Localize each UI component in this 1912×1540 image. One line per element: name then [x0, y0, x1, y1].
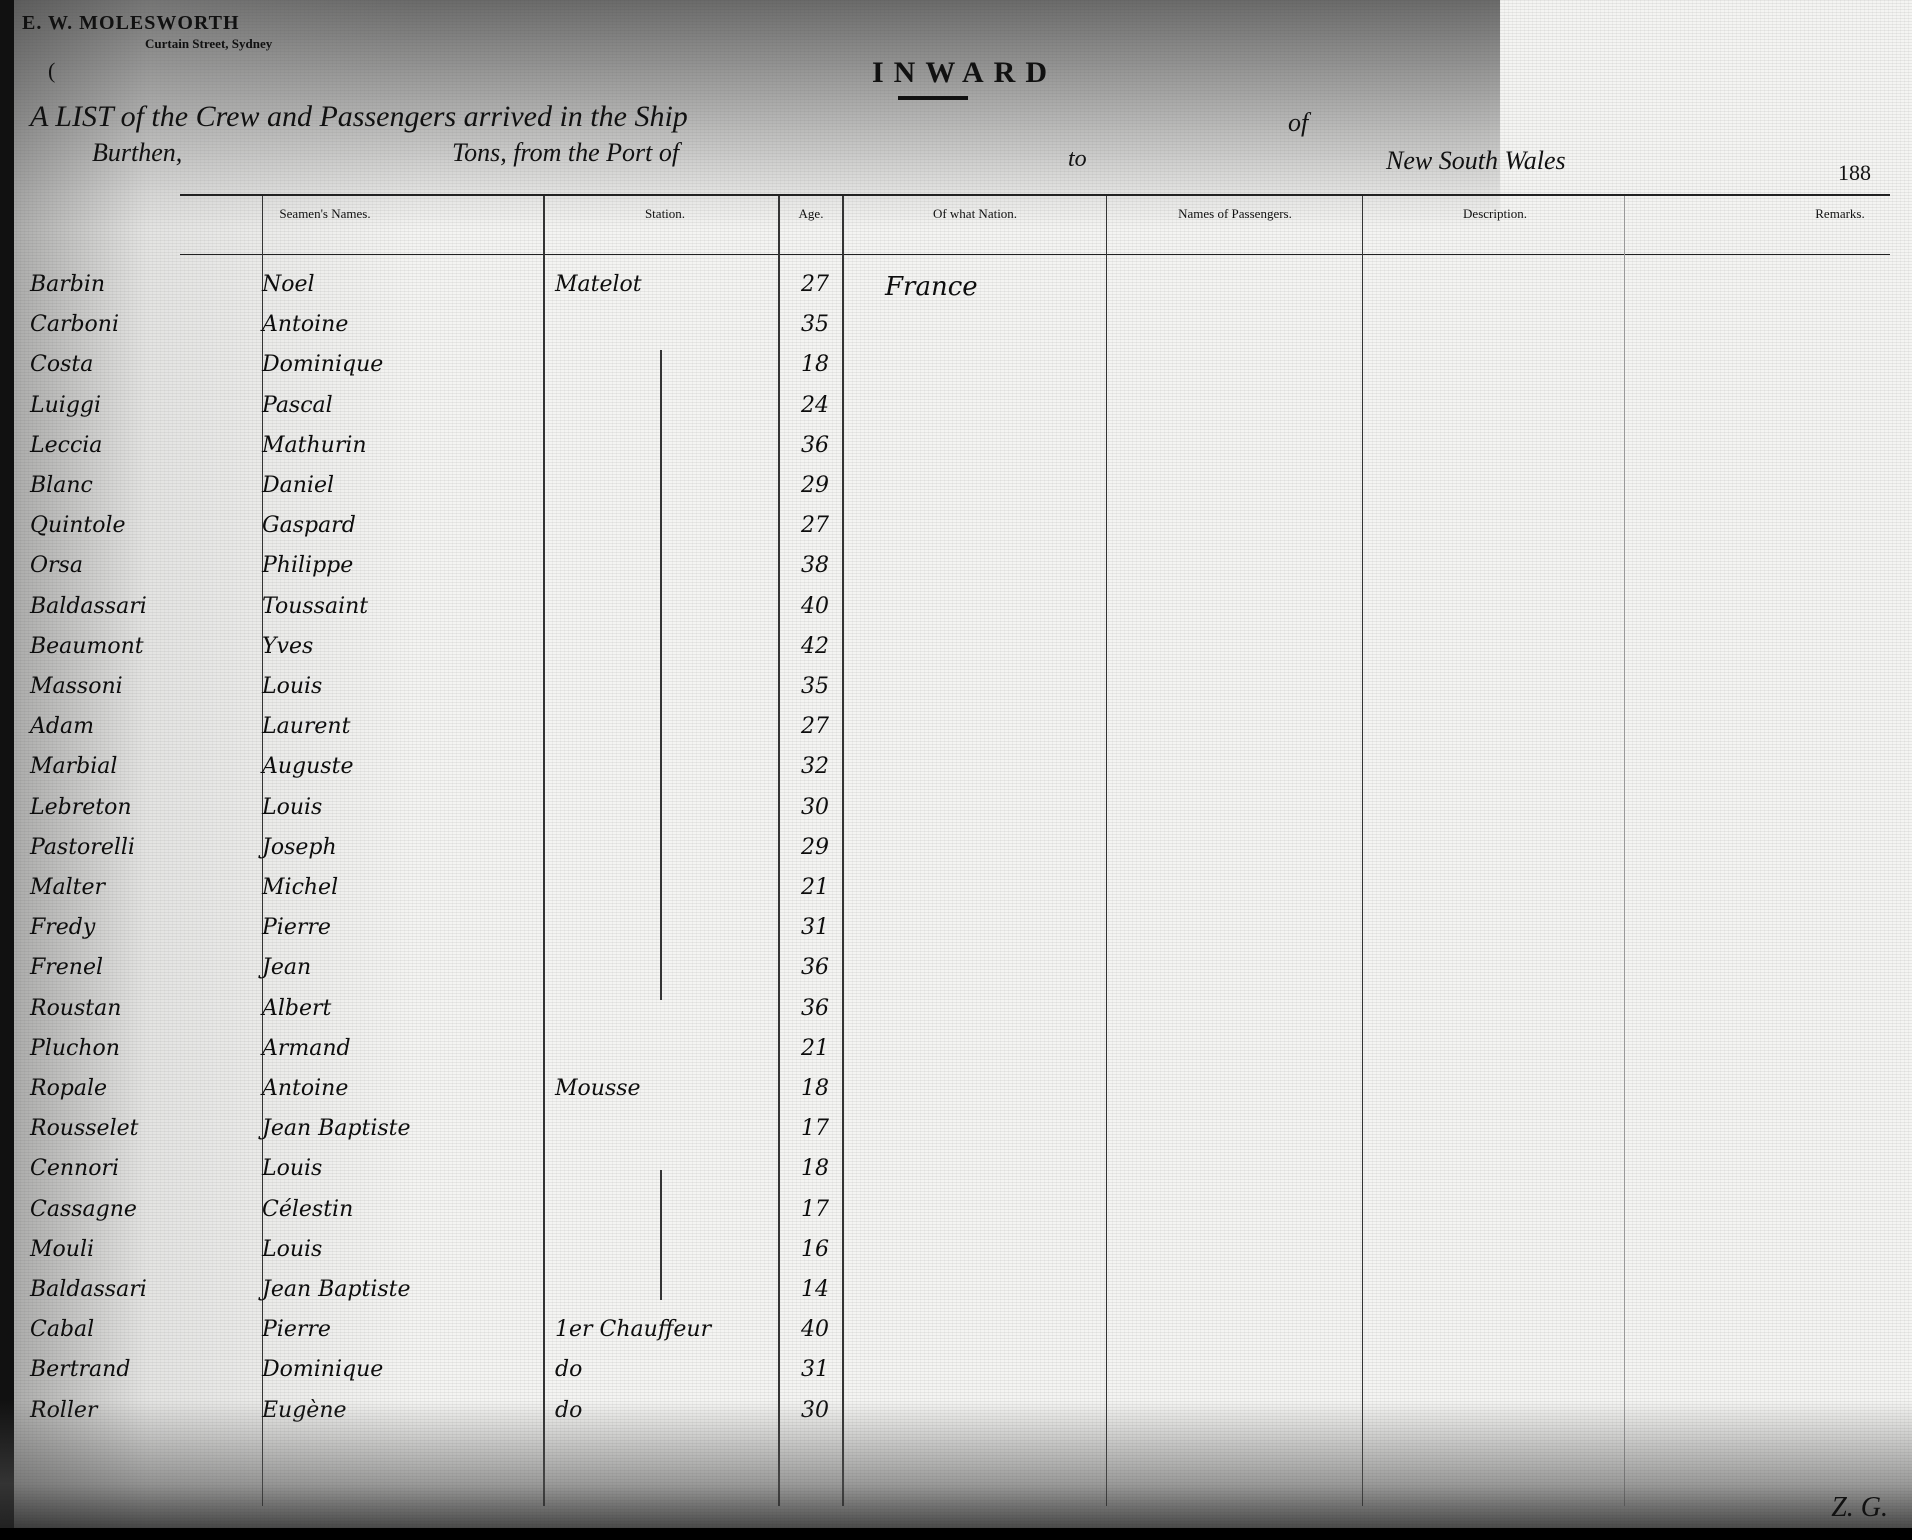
year-label: 188 [1838, 160, 1871, 186]
crew-age: 21 [790, 1036, 840, 1061]
crew-row: BaldassariJean Baptiste14 [0, 1277, 1912, 1317]
crew-first-name: Noel [262, 272, 315, 297]
crew-first-name: Dominique [262, 1357, 383, 1382]
crew-surname: Marbial [30, 754, 117, 779]
tons-from-port-label: Tons, from the Port of [452, 138, 679, 168]
crew-surname: Pastorelli [30, 835, 135, 860]
crew-surname: Pluchon [30, 1036, 120, 1061]
crew-first-name: Pierre [262, 915, 331, 940]
crew-surname: Cabal [30, 1317, 94, 1342]
crew-age: 35 [790, 312, 840, 337]
crew-row: PastorelliJoseph29 [0, 835, 1912, 875]
destination-label: New South Wales [1386, 146, 1566, 176]
crew-surname: Fredy [30, 915, 95, 940]
crew-row: RollerEugènedo30 [0, 1398, 1912, 1438]
crew-row: RopaleAntoineMousse18 [0, 1076, 1912, 1116]
burthen-label: Burthen, [92, 138, 182, 168]
crew-surname: Roller [30, 1398, 97, 1423]
crew-age: 36 [790, 955, 840, 980]
crew-row: LebretonLouis30 [0, 795, 1912, 835]
crew-age: 18 [790, 1076, 840, 1101]
crew-row: CennoriLouis18 [0, 1156, 1912, 1196]
crew-age: 42 [790, 634, 840, 659]
header-description: Description. [1370, 206, 1620, 222]
crew-first-name: Gaspard [262, 513, 356, 538]
crew-surname: Barbin [30, 272, 105, 297]
crew-first-name: Jean [262, 955, 311, 980]
crew-row: MarbialAuguste32 [0, 754, 1912, 794]
crew-row: FredyPierre31 [0, 915, 1912, 955]
header-nation: Of what Nation. [860, 206, 1090, 222]
crew-row: OrsaPhilippe38 [0, 553, 1912, 593]
crew-row: CassagneCélestin17 [0, 1197, 1912, 1237]
header-remarks: Remarks. [1780, 206, 1900, 222]
crew-surname: Rousselet [30, 1116, 138, 1141]
crew-age: 31 [790, 915, 840, 940]
crew-first-name: Louis [262, 1156, 322, 1181]
table-header-rule [180, 254, 1890, 255]
crew-surname: Cassagne [30, 1197, 137, 1222]
form-type-underline [898, 96, 968, 100]
crew-row: MassoniLouis35 [0, 674, 1912, 714]
crew-surname: Malter [30, 875, 105, 900]
crew-first-name: Eugène [262, 1398, 347, 1423]
crew-first-name: Auguste [262, 754, 353, 779]
crew-surname: Carboni [30, 312, 119, 337]
crew-first-name: Toussaint [262, 594, 368, 619]
header-station: Station. [600, 206, 730, 222]
crew-first-name: Albert [262, 996, 331, 1021]
crew-surname: Costa [30, 352, 93, 377]
crew-first-name: Armand [262, 1036, 351, 1061]
crew-first-name: Daniel [262, 473, 334, 498]
crew-first-name: Antoine [262, 312, 348, 337]
crew-age: 38 [790, 553, 840, 578]
crew-first-name: Pascal [262, 393, 333, 418]
crew-first-name: Louis [262, 674, 322, 699]
crew-first-name: Laurent [262, 714, 350, 739]
crew-first-name: Célestin [262, 1197, 353, 1222]
crew-row: LecciaMathurin36 [0, 433, 1912, 473]
stamp-name: E. W. MOLESWORTH [22, 12, 240, 35]
crew-first-name: Michel [262, 875, 338, 900]
crew-age: 40 [790, 1317, 840, 1342]
crew-age: 36 [790, 996, 840, 1021]
crew-surname: Quintole [30, 513, 126, 538]
crew-surname: Massoni [30, 674, 123, 699]
crew-age: 36 [790, 433, 840, 458]
crew-age: 31 [790, 1357, 840, 1382]
title-to-label: to [1068, 146, 1087, 173]
crew-surname: Lebreton [30, 795, 132, 820]
crew-age: 27 [790, 714, 840, 739]
crew-row: BarbinNoelMatelot27France [0, 272, 1912, 312]
crew-nation: France [885, 272, 978, 302]
crew-surname: Blanc [30, 473, 93, 498]
crew-row: BeaumontYves42 [0, 634, 1912, 674]
crew-age: 17 [790, 1116, 840, 1141]
crew-row: RousseletJean Baptiste17 [0, 1116, 1912, 1156]
header-seamens-names: Seamen's Names. [185, 206, 465, 222]
crew-surname: Beaumont [30, 634, 144, 659]
crew-surname: Ropale [30, 1076, 107, 1101]
crew-surname: Orsa [30, 553, 83, 578]
crew-age: 18 [790, 352, 840, 377]
crew-surname: Bertrand [30, 1357, 130, 1382]
crew-row: MouliLouis16 [0, 1237, 1912, 1277]
title-of-label: of [1288, 108, 1308, 138]
crew-row: BertrandDominiquedo31 [0, 1357, 1912, 1397]
crew-age: 29 [790, 473, 840, 498]
list-title: A LIST of the Crew and Passengers arrive… [30, 100, 688, 134]
crew-surname: Roustan [30, 996, 121, 1021]
crew-row: CabalPierre1er Chauffeur40 [0, 1317, 1912, 1357]
crew-row: CarboniAntoine35 [0, 312, 1912, 352]
crew-row: BaldassariToussaint40 [0, 594, 1912, 634]
crew-first-name: Dominique [262, 352, 383, 377]
crew-age: 32 [790, 754, 840, 779]
header-passengers: Names of Passengers. [1110, 206, 1360, 222]
crew-age: 27 [790, 513, 840, 538]
crew-first-name: Yves [262, 634, 313, 659]
crew-age: 21 [790, 875, 840, 900]
crew-row: LuiggiPascal24 [0, 393, 1912, 433]
crew-age: 40 [790, 594, 840, 619]
crew-age: 30 [790, 795, 840, 820]
crew-age: 30 [790, 1398, 840, 1423]
crew-first-name: Louis [262, 1237, 322, 1262]
header-age: Age. [780, 206, 842, 222]
crew-row: RoustanAlbert36 [0, 996, 1912, 1036]
crew-row: AdamLaurent27 [0, 714, 1912, 754]
crew-row: MalterMichel21 [0, 875, 1912, 915]
crew-first-name: Jean Baptiste [262, 1277, 411, 1302]
crew-row: PluchonArmand21 [0, 1036, 1912, 1076]
crew-station: Mousse [555, 1076, 641, 1101]
scan-edge-bottom [0, 1528, 1912, 1540]
crew-row: QuintoleGaspard27 [0, 513, 1912, 553]
crew-age: 29 [790, 835, 840, 860]
crew-age: 14 [790, 1277, 840, 1302]
crew-row: BlancDaniel29 [0, 473, 1912, 513]
form-type-title: INWARD [872, 56, 1057, 90]
crew-age: 18 [790, 1156, 840, 1181]
crew-row: FrenelJean36 [0, 955, 1912, 995]
corner-initials: Z. G. [1831, 1492, 1888, 1524]
crew-age: 16 [790, 1237, 840, 1262]
crew-surname: Frenel [30, 955, 103, 980]
crew-surname: Baldassari [30, 1277, 147, 1302]
crew-surname: Cennori [30, 1156, 119, 1181]
crew-station: Matelot [555, 272, 642, 297]
crew-first-name: Pierre [262, 1317, 331, 1342]
crew-first-name: Joseph [262, 835, 337, 860]
table-top-rule [180, 194, 1890, 196]
crew-age: 35 [790, 674, 840, 699]
crew-surname: Mouli [30, 1237, 94, 1262]
crew-age: 27 [790, 272, 840, 297]
stamp-subtitle: Curtain Street, Sydney [145, 36, 272, 52]
crew-age: 24 [790, 393, 840, 418]
crew-station: do [555, 1398, 582, 1423]
crew-first-name: Philippe [262, 553, 353, 578]
margin-mark: ( [48, 58, 55, 84]
crew-surname: Baldassari [30, 594, 147, 619]
crew-surname: Leccia [30, 433, 102, 458]
crew-first-name: Antoine [262, 1076, 348, 1101]
crew-first-name: Mathurin [262, 433, 367, 458]
crew-surname: Adam [30, 714, 94, 739]
crew-age: 17 [790, 1197, 840, 1222]
crew-first-name: Jean Baptiste [262, 1116, 411, 1141]
crew-station: do [555, 1357, 582, 1382]
crew-station: 1er Chauffeur [555, 1317, 711, 1342]
crew-surname: Luiggi [30, 393, 101, 418]
crew-row: CostaDominique18 [0, 352, 1912, 392]
crew-first-name: Louis [262, 795, 322, 820]
